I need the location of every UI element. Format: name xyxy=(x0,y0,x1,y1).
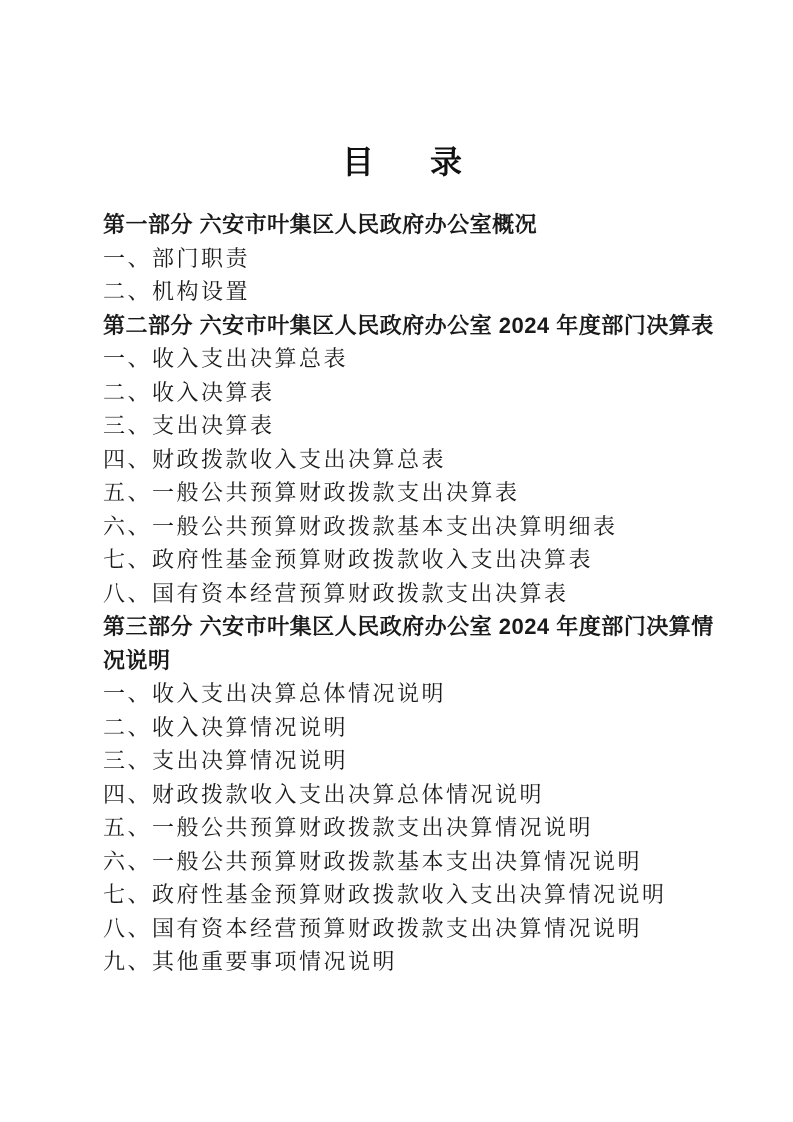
toc-item-3-2: 二、收入决算情况说明 xyxy=(103,711,715,745)
toc-item-2-8: 八、国有资本经营预算财政拨款支出决算表 xyxy=(103,577,715,611)
toc-item-3-7: 七、政府性基金预算财政拨款收入支出决算情况说明 xyxy=(103,878,715,912)
toc-item-3-4: 四、财政拨款收入支出决算总体情况说明 xyxy=(103,778,715,812)
page-title: 目 录 xyxy=(103,140,713,184)
section-1-heading: 第一部分 六安市叶集区人民政府办公室概况 xyxy=(103,208,715,242)
section-3-heading: 第三部分 六安市叶集区人民政府办公室 2024 年度部门决算情况说明 xyxy=(103,610,715,677)
toc-item-1-2: 二、机构设置 xyxy=(103,275,715,309)
toc-item-2-3: 三、支出决算表 xyxy=(103,409,715,443)
toc-item-3-8: 八、国有资本经营预算财政拨款支出决算情况说明 xyxy=(103,912,715,946)
toc-item-3-9: 九、其他重要事项情况说明 xyxy=(103,945,715,979)
toc-item-2-7: 七、政府性基金预算财政拨款收入支出决算表 xyxy=(103,543,715,577)
toc-item-2-6: 六、一般公共预算财政拨款基本支出决算明细表 xyxy=(103,510,715,544)
toc-item-1-1: 一、部门职责 xyxy=(103,242,715,276)
document-page: 目 录 第一部分 六安市叶集区人民政府办公室概况 一、部门职责 二、机构设置 第… xyxy=(0,0,793,1122)
toc-item-3-3: 三、支出决算情况说明 xyxy=(103,744,715,778)
toc-item-3-1: 一、收入支出决算总体情况说明 xyxy=(103,677,715,711)
toc-item-3-6: 六、一般公共预算财政拨款基本支出决算情况说明 xyxy=(103,845,715,879)
toc-item-2-5: 五、一般公共预算财政拨款支出决算表 xyxy=(103,476,715,510)
toc-item-2-4: 四、财政拨款收入支出决算总表 xyxy=(103,443,715,477)
toc-item-3-5: 五、一般公共预算财政拨款支出决算情况说明 xyxy=(103,811,715,845)
section-2-heading: 第二部分 六安市叶集区人民政府办公室 2024 年度部门决算表 xyxy=(103,309,715,343)
toc-item-2-2: 二、收入决算表 xyxy=(103,376,715,410)
table-of-contents: 第一部分 六安市叶集区人民政府办公室概况 一、部门职责 二、机构设置 第二部分 … xyxy=(103,208,715,979)
toc-item-2-1: 一、收入支出决算总表 xyxy=(103,342,715,376)
